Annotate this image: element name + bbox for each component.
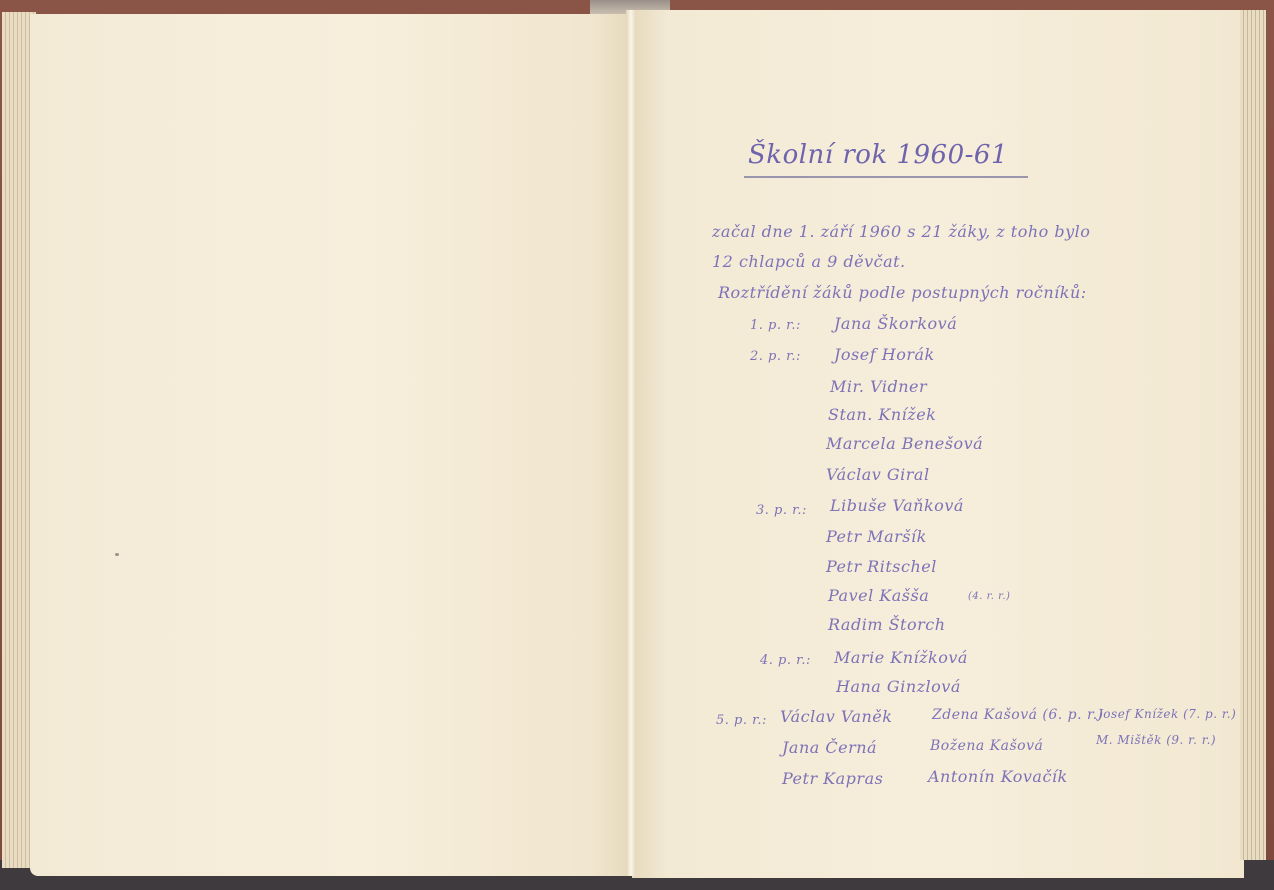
student-name: Marie Knížková [834, 648, 968, 667]
student-name: Marcela Benešová [826, 434, 983, 453]
grade-5-label: 5. p. r.: [716, 713, 767, 728]
student-name: Václav Giral [826, 465, 930, 484]
student-name: Radim Štorch [828, 615, 946, 634]
student-name: Václav Vaněk [780, 707, 892, 726]
student-name: Petr Maršík [826, 527, 927, 546]
student-name: Božena Kašová [930, 738, 1043, 754]
student-name: Hana Ginzlová [836, 677, 961, 696]
book-gutter [626, 10, 636, 876]
grade-3-label: 3. p. r.: [756, 503, 807, 518]
student-name: Zdena Kašová (6. p. r.) [932, 707, 1104, 723]
student-name: Pavel Kašša [828, 586, 929, 605]
student-name: Josef Knížek (7. p. r.) [1098, 707, 1236, 721]
student-name: Jana Škorková [834, 314, 957, 333]
grade-2-label: 2. p. r.: [750, 349, 801, 364]
intro-line-2: 12 chlapců a 9 děvčat. [712, 252, 906, 271]
grade-note: (4. r. r.) [968, 591, 1010, 602]
page-title: Školní rok 1960-61 [748, 140, 1008, 170]
student-name: Libuše Vaňková [830, 496, 964, 515]
grade-1-label: 1. p. r.: [750, 318, 801, 333]
paper-speck [115, 553, 119, 556]
intro-line-3: Roztřídění žáků podle postupných ročníků… [718, 283, 1087, 302]
student-name: Mir. Vidner [830, 377, 927, 396]
intro-line-1: začal dne 1. září 1960 s 21 žáky, z toho… [712, 222, 1090, 241]
student-name: Antonín Kovačík [928, 767, 1068, 786]
grade-4-label: 4. p. r.: [760, 653, 811, 668]
student-name: M. Mištěk (9. r. r.) [1096, 733, 1216, 747]
student-name: Petr Kapras [782, 769, 883, 788]
student-name: Jana Černá [782, 738, 877, 757]
title-underline [744, 176, 1028, 178]
student-name: Stan. Knížek [828, 405, 936, 424]
student-name: Petr Ritschel [826, 557, 937, 576]
right-page-edges [1240, 10, 1266, 860]
student-name: Josef Horák [834, 345, 935, 364]
left-page-blank [30, 14, 632, 876]
